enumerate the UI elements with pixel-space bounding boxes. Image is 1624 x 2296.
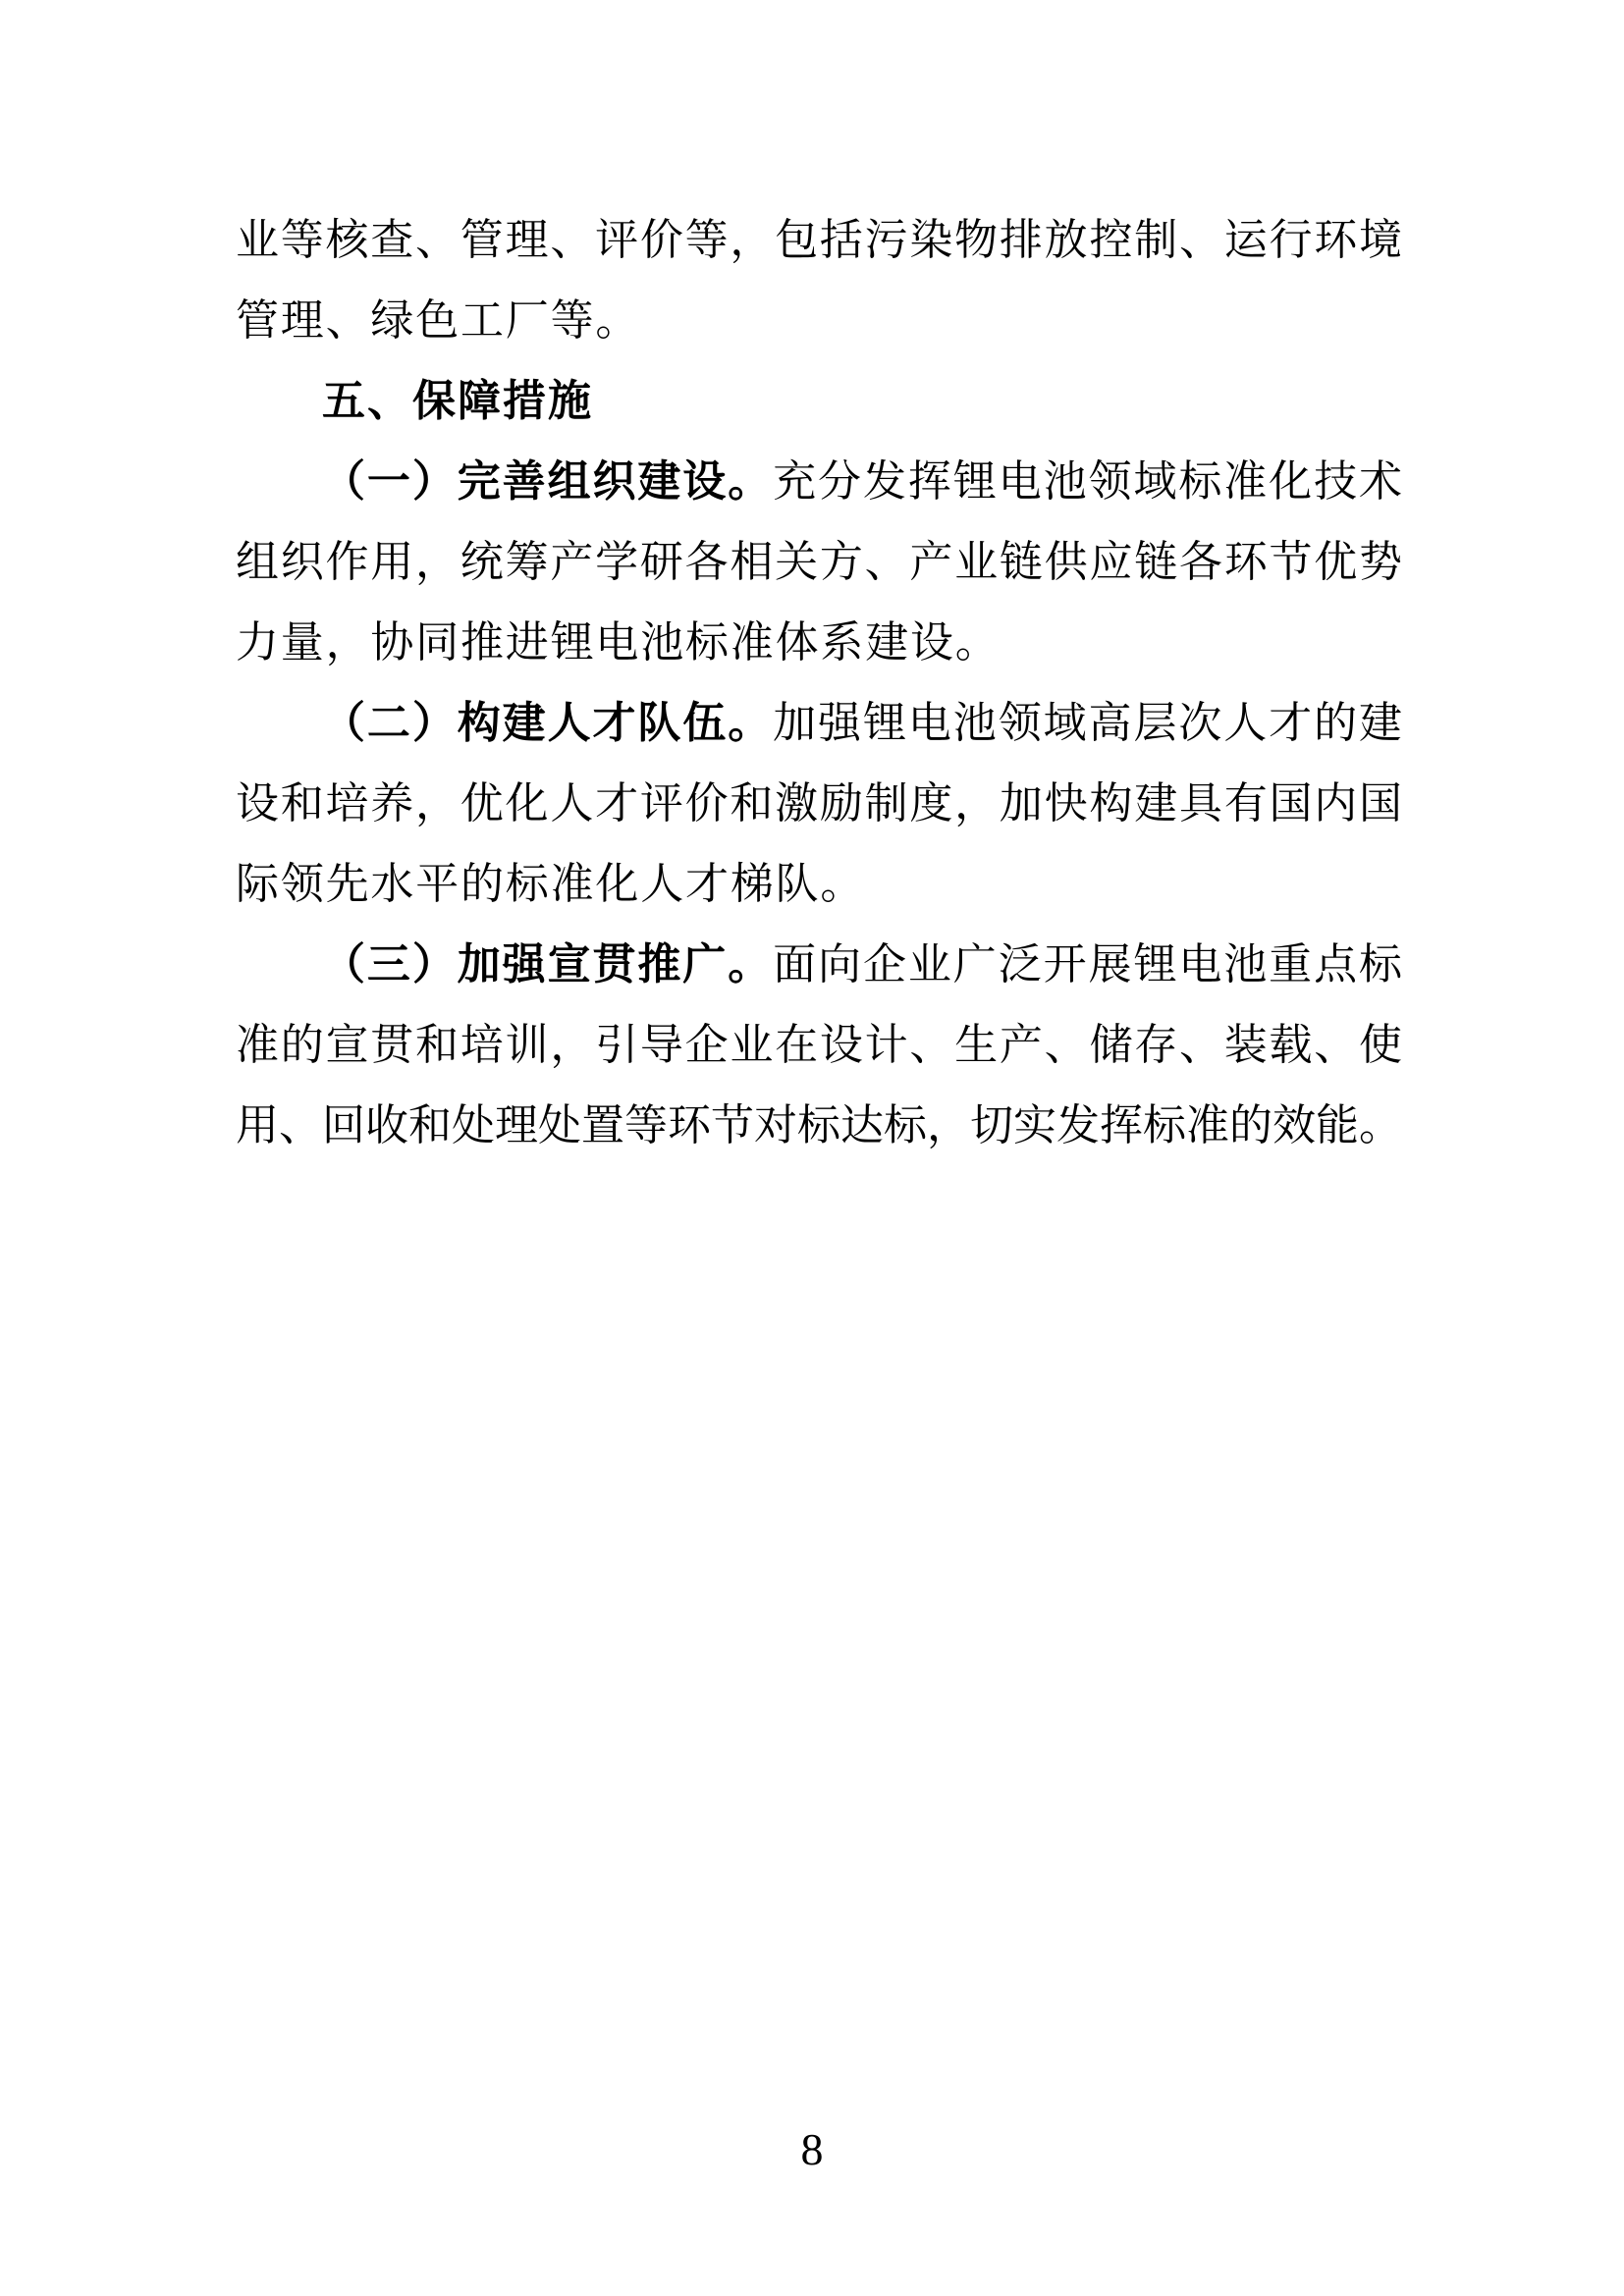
page-number: 8: [0, 2120, 1624, 2179]
paragraph-line: 际领先水平的标准化人才梯队。: [236, 844, 1402, 925]
body-text: 充分发挥锂电池领域标准化技术: [773, 457, 1402, 506]
paragraph-line: 用、回收和处理处置等环节对标达标，切实发挥标准的效能。: [236, 1086, 1402, 1166]
paragraph-line: 管理、绿色工厂等。: [236, 281, 1402, 361]
paragraph-line: 组织作用，统筹产学研各相关方、产业链供应链各环节优势: [236, 522, 1402, 603]
paragraph-line: （二）构建人才队伍。加强锂电池领域高层次人才的建: [236, 683, 1402, 764]
body-text: 加强锂电池领域高层次人才的建: [773, 699, 1402, 747]
paragraph-line: 准的宣贯和培训，引导企业在设计、生产、储存、装载、使: [236, 1005, 1402, 1086]
paragraph-line: （三）加强宣贯推广。面向企业广泛开展锂电池重点标: [236, 925, 1402, 1005]
body-text: 设和培养，优化人才评价和激励制度，加快构建具有国内国: [236, 779, 1402, 828]
section-heading-text: 五、保障措施: [322, 377, 593, 425]
paragraph-lead-bold: （三）加强宣贯推广。: [322, 940, 773, 988]
paragraph-line: 业等核查、管理、评价等，包括污染物排放控制、运行环境: [236, 200, 1402, 281]
body-text: 用、回收和处理处置等环节对标达标，切实发挥标准的效能。: [236, 1101, 1402, 1149]
body-text: 际领先水平的标准化人才梯队。: [236, 860, 865, 908]
section-heading: 五、保障措施: [236, 361, 1402, 442]
body-text: 准的宣贯和培训，引导企业在设计、生产、储存、装载、使: [236, 1021, 1402, 1069]
document-page: 业等核查、管理、评价等，包括污染物排放控制、运行环境 管理、绿色工厂等。 五、保…: [0, 0, 1624, 2296]
body-text: 业等核查、管理、评价等，包括污染物排放控制、运行环境: [236, 216, 1402, 264]
paragraph-line: 力量，协同推进锂电池标准体系建设。: [236, 603, 1402, 683]
body-text: 组织作用，统筹产学研各相关方、产业链供应链各环节优势: [236, 538, 1402, 586]
body-text: 面向企业广泛开展锂电池重点标: [773, 940, 1402, 988]
document-body: 业等核查、管理、评价等，包括污染物排放控制、运行环境 管理、绿色工厂等。 五、保…: [236, 200, 1402, 1166]
paragraph-line: （一）完善组织建设。充分发挥锂电池领域标准化技术: [236, 442, 1402, 522]
paragraph-lead-bold: （一）完善组织建设。: [322, 457, 773, 506]
body-text: 力量，协同推进锂电池标准体系建设。: [236, 618, 1001, 667]
body-text: 管理、绿色工厂等。: [236, 296, 640, 345]
paragraph-lead-bold: （二）构建人才队伍。: [322, 699, 773, 747]
paragraph-line: 设和培养，优化人才评价和激励制度，加快构建具有国内国: [236, 764, 1402, 844]
